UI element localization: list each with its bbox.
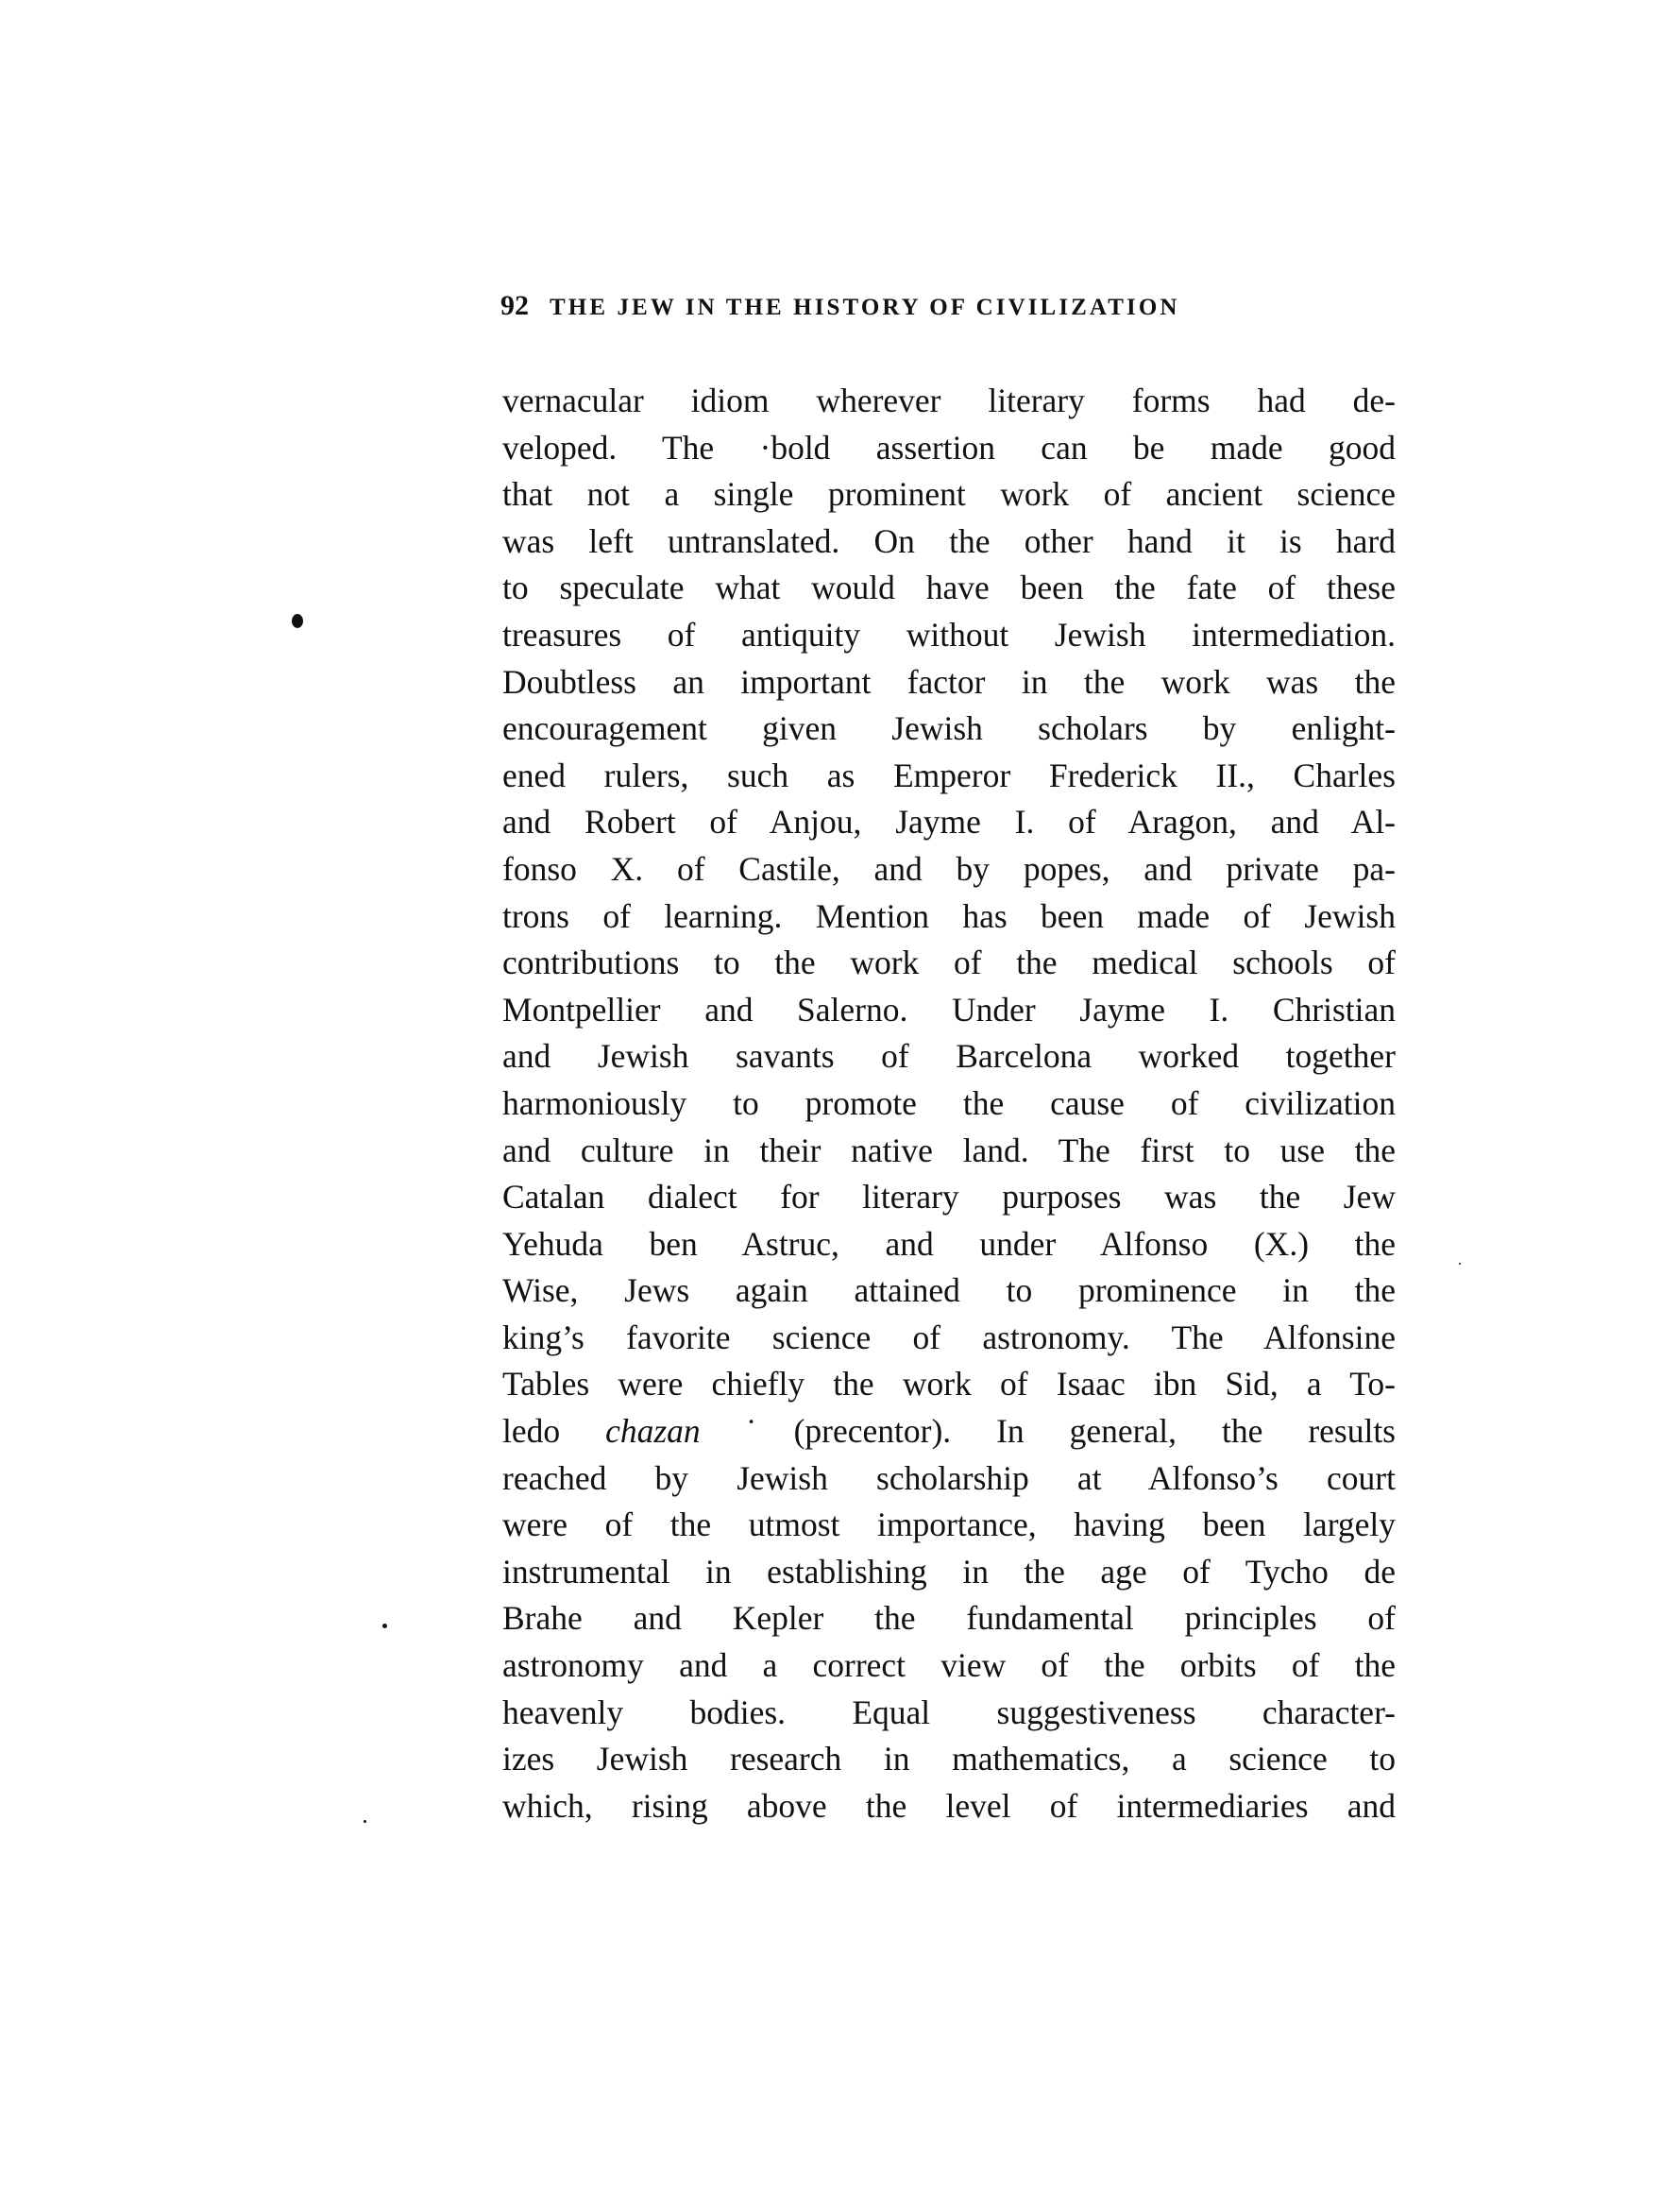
text-line: reached by Jewish scholarship at Alfonso… [502, 1455, 1396, 1503]
text-line: king’s favorite science of astronomy. Th… [502, 1315, 1396, 1362]
text-line: instrumental in establishing in the age … [502, 1549, 1396, 1596]
text-line: fonso X. of Castile, and by popes, and p… [502, 846, 1396, 893]
text-line: that not a single prominent work of anci… [502, 471, 1396, 519]
text-line: ened rulers, such as Emperor Frederick I… [502, 753, 1396, 800]
text-line: Wise, Jews again attained to prominence … [502, 1268, 1396, 1315]
text-line: which, rising above the level of interme… [502, 1783, 1396, 1830]
text-line: Montpellier and Salerno. Under Jayme I. … [502, 987, 1396, 1034]
scan-speck [292, 614, 303, 628]
italic-term: chazan [605, 1412, 701, 1450]
text-line: veloped. The ·bold assertion can be made… [502, 425, 1396, 472]
text-line-with-italic: ledo chazan ˙(precentor). In general, th… [502, 1408, 1396, 1455]
text-line: and culture in their native land. The fi… [502, 1128, 1396, 1175]
text-line: Catalan dialect for literary purposes wa… [502, 1174, 1396, 1221]
running-head: 92THE JEW IN THE HISTORY OF CIVILIZATION [500, 287, 1331, 325]
text-segment: ˙(precentor). In general, the results [701, 1412, 1396, 1450]
text-line: Brahe and Kepler the fundamental princip… [502, 1595, 1396, 1642]
text-line: izes Jewish research in mathematics, a s… [502, 1736, 1396, 1783]
text-line: Doubtless an important factor in the wor… [502, 659, 1396, 706]
text-line: contributions to the work of the medical… [502, 940, 1396, 987]
running-head-title: THE JEW IN THE HISTORY OF CIVILIZATION [550, 295, 1180, 320]
book-page: 92THE JEW IN THE HISTORY OF CIVILIZATION… [0, 0, 1660, 2212]
page-number: 92 [500, 290, 529, 321]
text-line: vernacular idiom wherever literary forms… [502, 378, 1396, 425]
text-line: was left untranslated. On the other hand… [502, 519, 1396, 566]
text-line: to speculate what would have been the fa… [502, 565, 1396, 612]
text-line: Yehuda ben Astruc, and under Alfonso (X.… [502, 1221, 1396, 1268]
text-line: and Robert of Anjou, Jayme I. of Aragon,… [502, 799, 1396, 846]
body-text: vernacular idiom wherever literary forms… [502, 378, 1396, 1829]
text-line: harmoniously to promote the cause of civ… [502, 1080, 1396, 1128]
text-line: treasures of antiquity without Jewish in… [502, 612, 1396, 659]
text-line: encouragement given Jewish scholars by e… [502, 706, 1396, 753]
text-line: and Jewish savants of Barcelona worked t… [502, 1033, 1396, 1080]
scan-speck [1459, 1263, 1461, 1265]
text-line: were of the utmost importance, having be… [502, 1502, 1396, 1549]
scan-speck [364, 1820, 366, 1823]
text-line: heavenly bodies. Equal suggestiveness ch… [502, 1690, 1396, 1737]
text-segment: ledo [502, 1412, 605, 1450]
scan-speck [382, 1624, 387, 1628]
text-line: Tables were chiefly the work of Isaac ib… [502, 1361, 1396, 1408]
text-line: trons of learning. Mention has been made… [502, 893, 1396, 941]
text-line: astronomy and a correct view of the orbi… [502, 1642, 1396, 1690]
